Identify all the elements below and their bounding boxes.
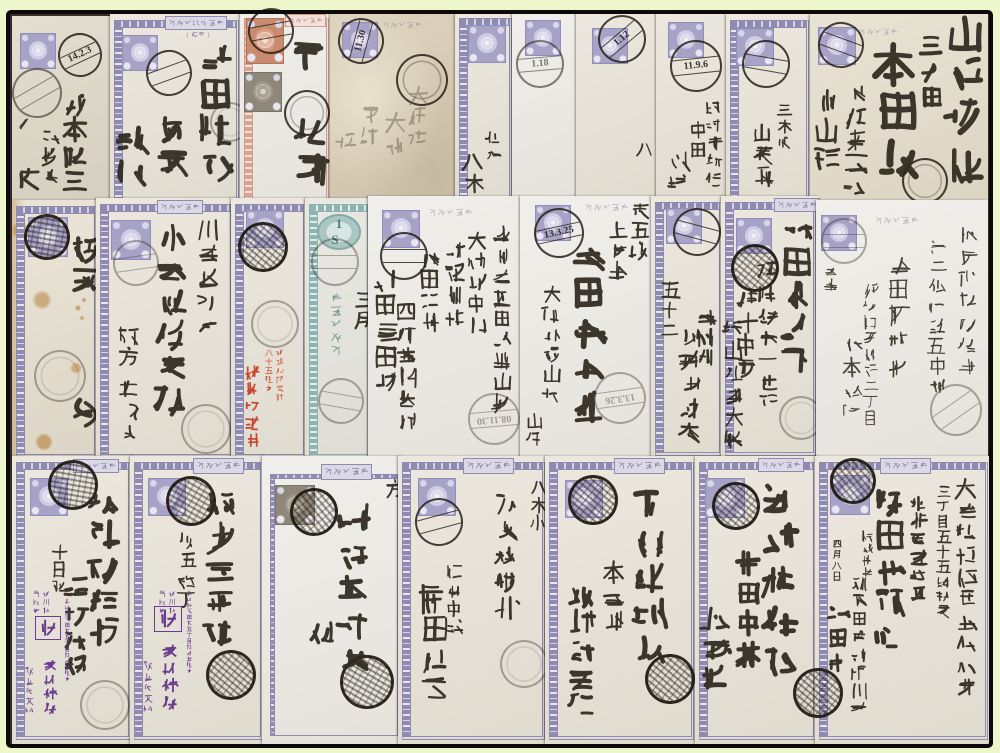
postmark [34,350,86,402]
ink-strokes [761,461,801,469]
ink-strokes [777,201,817,209]
handwritten-address: 今より [116,378,140,444]
handwritten-address: 若松 [483,128,503,164]
handwritten-address: 坂本寿吉 [840,334,864,422]
ink-strokes [568,236,610,426]
handwritten-address: 比波田郡宮古川北 [849,574,869,718]
handwritten-address: 老方 [116,324,140,368]
postmark [3,59,71,127]
printed-card-header: 郵便はかき [858,28,898,36]
postmark [712,482,760,530]
ink-strokes [466,230,489,335]
postcard: 14.2.3 松本道三 千葉郡 て 島 [12,16,112,206]
ink-strokes [634,140,654,158]
ink-strokes [909,494,929,602]
ink-strokes [112,124,149,192]
printed-card-header: 郵便はかき [617,461,662,471]
ink-strokes [540,284,562,404]
handwritten-address: 縣 [288,36,328,72]
handwritten-address: 河原次郎殿 [677,324,703,444]
ink-strokes [874,216,919,226]
handwritten-address: 拝啓 [822,262,840,294]
printed-sender-address: 八十五番地 [264,348,274,393]
ink-strokes [42,656,59,716]
postmark: 14.2.3 [51,26,109,84]
postcard: 郵便はかき 08.11.30 近江國坂田郡葉山村 大阪市中区 根原次郎 岡田徳丈… [368,196,522,460]
postmark-date: 11.9.6 [671,57,720,75]
handwritten-address: 岩田徳丈様 [884,250,913,380]
postmark [238,222,288,272]
ink-strokes [858,28,898,36]
ink-strokes [334,132,358,154]
handwritten-address: 根原次郎 [442,240,466,328]
postmark [793,668,843,718]
ink-strokes [64,598,71,682]
handwritten-address: 兵庫縣第一聯隊 [756,260,780,414]
handwritten-address: 第五区 [628,200,650,260]
ink-strokes [156,608,180,630]
ink-strokes [194,218,220,338]
ink-strokes [324,467,369,477]
handwritten-address: 北陸道 [701,602,734,692]
handwritten-address: 高橋太加様 [492,490,521,620]
ink-strokes [62,90,91,194]
ink-strokes [776,102,794,150]
ink-strokes [926,236,948,396]
ink-strokes [756,260,780,414]
ink-strokes [142,660,154,715]
postcard: 郵便往復はかき (通信)() 岩田國吉 斎藤 松治 [110,14,242,206]
ink-strokes [849,574,869,718]
printed-sender-name: 藤岡金作 [160,640,180,712]
handwritten-address: 岩田國吉 [196,40,236,184]
printed-card-header: 郵便はかき [160,203,200,211]
ink-strokes [306,616,339,646]
handwritten-address: 静岡縣近衛歩兵 [956,224,980,378]
postmark [311,238,359,286]
handwritten-address: 兎郎 [290,112,334,192]
ink-strokes [160,203,200,211]
handwritten-address: 大阪市西區薩摩堀家町 [955,478,979,698]
ink-strokes [731,548,764,668]
ink-strokes [154,114,191,182]
ink-strokes [275,348,285,402]
handwritten-address: 宮腰太助様 [86,486,121,646]
postmark-date: 14.2.3 [60,41,101,68]
ink-strokes [567,580,598,720]
handwritten-address: て [16,114,36,132]
handwritten-address: 山白 [524,412,544,448]
postmark-date: 1.12 [601,20,643,58]
handwritten-address: 八 [634,140,654,158]
handwritten-address: 小松冨太郎様 [154,222,189,414]
ink-strokes [492,490,521,620]
ink-strokes [944,148,986,186]
ink-strokes [42,590,51,614]
postcard: 横倉町 河原次郎殿 五十二 [651,196,725,460]
ink-strokes [490,224,513,413]
handwritten-address: 岡田徳丈殿 [568,236,610,426]
handwritten-address: 本田様 [870,42,921,180]
postmark [821,218,867,264]
handwritten-address: 上等兵 [608,220,630,280]
postcard: 郵便はかき 宮腰太助様 方 行 [262,456,402,744]
ink-strokes [862,282,880,426]
handwritten-address: 大阪市中区 [466,230,489,335]
handwritten-address: 松本道三 [62,90,91,194]
handwritten-address: 七條太助様 [629,488,669,668]
handwritten-address: 朝 [944,148,986,186]
handwritten-address: 有田武田茂 [372,266,401,396]
handwritten-address: 宇治郡伊勢 [842,80,868,200]
ink-strokes [955,478,979,698]
ink-strokes [382,21,422,29]
printed-card-label: 郵便はかき [329,292,343,357]
svg-text:(: ( [187,32,189,39]
postcard: 三木子 山形県 [726,14,812,206]
handwritten-address: 岡田徳丈 [418,246,442,334]
printed-sender-name: 藤岡金作 [42,656,59,716]
ink-strokes [461,150,485,194]
handwritten-address: 三木子 [776,102,794,150]
ink-strokes [86,486,121,646]
handwritten-address: 前田清 [823,602,849,674]
handwritten-address: 村田白泉 [416,584,449,704]
ink-strokes [288,36,328,72]
ink-strokes [243,364,262,449]
printed-card-header: 郵便はかき [761,461,801,469]
ink-strokes [160,640,180,712]
ink-strokes [334,504,371,674]
ink-strokes [196,461,241,471]
postcard: 郵便はかき 宮腰太助様 十日町 以庄平様 新川市 菓茶屋 直 福岡市黒田町五丁目… [12,456,134,744]
ink-strokes [442,240,466,328]
postcard: 郵便はかき 高橋太加様 八木小 北野中宮 村田白泉 [398,456,548,744]
ink-strokes [264,348,274,393]
postcard: 郵便はかき 七條太助様 本吉郡 宮城縣登米 [545,456,697,744]
handwritten-address: 鹿児島縣 [861,530,874,578]
postage-stamp [468,25,506,63]
postcard: 郵便はかき 岡田徳丈様 兵庫縣第一聯隊 第十中隊 岡山市西大寺 [721,196,819,460]
printed-card-subheader: (通信)() [184,31,212,38]
handwritten-address: 柴田中村 [731,548,764,668]
printed-card-header: 郵便はかき [584,203,629,213]
postmark [251,300,299,348]
postcard: 郵便はかき 山邊郡 朝 三ヶ田 本田様 宇治郡伊勢 東山町 [810,14,988,206]
postcard: 若松 八木 [455,12,515,206]
ink-strokes [372,266,401,396]
ink-strokes [956,224,980,378]
postmark [568,475,618,525]
postmark [500,640,548,688]
ink-strokes [16,114,36,132]
handwritten-address: 大阪 [384,112,408,156]
ink-strokes [884,250,913,380]
ink-strokes [935,484,952,619]
handwritten-address: 島 [14,164,45,192]
printed-sender-address: 福岡市黒田町五丁目東部九番地 [186,590,193,674]
ink-strokes [186,590,193,674]
printed-sender-mark: 直 [37,618,59,638]
handwritten-address: 第二聯隊第五中隊 [926,236,948,396]
ink-strokes [524,412,544,448]
ink-strokes [870,42,921,180]
ink-strokes [617,461,662,471]
ink-strokes [861,530,874,578]
handwritten-address: 河原 [666,150,690,194]
ink-strokes [831,538,843,582]
printed-card-header: 郵便はかき [874,216,919,226]
printed-card-header: 郵便はかき [428,208,473,218]
postcard: 郵便はかき 川岸屋ニテ 小松冨太郎様 老方 今より [96,198,236,462]
handwritten-address: 大字新井山郷 [540,284,562,404]
ink-strokes [721,318,745,450]
postcard: 郵便はかき 静岡縣近衛歩兵 第二聯隊第五中隊 岩田徳丈様 静岡市安西町二丁目 坂… [816,200,988,462]
printed-sender-name: 石橋亭太郎 [243,364,262,449]
ink-strokes [466,461,511,471]
handwritten-address: 松治 [112,124,149,192]
printed-sender-phone: 電話ラ子之 [142,660,154,715]
postcard: 郵便はかき 11.30 大阪市 大阪 西村 官 [330,12,458,206]
postcard: 1.12 八 [576,12,658,206]
handwritten-address: 川岸屋ニテ [194,218,220,338]
ink-strokes [842,80,868,200]
ink-strokes [406,86,428,146]
handwritten-address: 五十二 [659,280,681,340]
ink-strokes: () [184,31,212,38]
handwritten-address: 東山町 [812,86,845,176]
ink-strokes [584,203,629,213]
handwritten-address: 近江國坂田郡葉山村 [490,224,513,413]
ink-strokes [483,128,503,164]
ink-strokes [628,200,650,260]
handwritten-address: 八木 [461,150,485,194]
postage-stamp [244,72,282,112]
handwritten-address: 西村 [358,102,382,146]
handwritten-date: 四月八日 [831,538,843,582]
ink-strokes [942,14,986,134]
handwritten-address: 岡山市西大寺 [721,318,745,450]
ink-strokes [116,324,140,368]
handwritten-address: 斎藤 [154,114,191,182]
printed-card-header: 郵便はかき [777,201,817,209]
handwritten-address: 静岡市安西町二丁目 [862,282,880,426]
ink-strokes [779,214,814,374]
handwritten-address: 岡田徳丈殿 [871,484,908,654]
ink-strokes [666,150,690,194]
ink-strokes [822,262,840,294]
ink-strokes [14,164,45,192]
postcard-collage-photo: 14.2.3 松本道三 千葉郡 て 島 郵便往復はかき (通信)() 岩田國吉 … [0,0,1000,753]
ink-strokes [329,292,343,357]
ink-strokes [290,112,334,192]
postcard: 郵便はかき 縣 兎郎 [240,12,332,206]
postcard: 千代 ト [12,200,100,462]
ink-strokes [418,246,442,334]
handwritten-address: 宮腰太助様 [334,504,371,674]
postcard: 郵便はかき 大阪市西區薩摩堀家町 三丁目五十五番屋敷 伊東兵吉様内 岡田徳丈殿 … [815,456,991,744]
ink-strokes [32,590,41,614]
ink-strokes [677,324,703,444]
postcard: 1 S 郵便はかき 三月 [305,198,373,462]
ink-strokes [154,222,189,414]
postmark [812,16,871,75]
handwritten-address: 山邊郡 [942,14,986,134]
postcard: 11.9.6 金沢市長町 中田 河原 [656,12,728,206]
ink-strokes [840,334,864,422]
printed-card-header: 郵便はかき [196,461,241,471]
ink-strokes [629,488,669,668]
postcard: 郵便はかき 宮腰太助様 戸五百丁 新川市 菓茶屋 直 福岡市黒田町五丁目東部九番… [130,456,266,744]
postmark [80,680,130,730]
ink-strokes [823,602,849,674]
printed-card-header: 郵便往復はかき [168,19,224,27]
printed-card-header: 郵便はかき [883,461,928,471]
printed-card-header: 郵便はかき [382,21,422,29]
printed-card-header: 郵便はかき [466,461,511,471]
handwritten-address: 宮腰太助様 [202,490,237,650]
printed-card-header: 郵便はかき [324,467,369,477]
postmark-date: 11.30 [350,19,372,63]
ink-strokes [659,280,681,340]
printed-sender-info: 菓茶屋 [32,590,41,614]
ink-strokes [116,378,140,444]
handwritten-address: 宮城縣登米 [567,580,598,720]
printed-sender-info: 新川市 [42,590,51,614]
handwritten-address: 三丁目五十五番屋敷 [935,484,952,619]
printed-card-header: 郵便はかき [288,17,323,24]
postcard: 郵便はかき 13.3.25 13.3.26 第五区 上等兵 岡田徳丈殿 大字新井… [520,196,652,460]
svg-text:): ) [207,32,209,39]
handwritten-address: 山形県 [750,122,774,188]
ink-strokes [601,560,627,632]
ink-strokes [37,618,59,638]
handwritten-address: 本吉郡 [601,560,627,632]
handwritten-address: 行 [306,616,339,646]
handwritten-address: 官 [334,132,358,154]
handwritten-address: 岡田徳丈様 [779,214,814,374]
ink-strokes [168,19,224,27]
printed-sender-address: 新潟県刈羽郡 [275,348,285,402]
ink-strokes [202,490,237,650]
printed-sender-address: 福岡市黒田町五丁目東部九番地 [64,598,71,682]
postcard: 1.18 [512,12,578,206]
ink-strokes [384,112,408,156]
ink-strokes [871,484,908,654]
handwritten-address: 大阪市 [406,86,428,146]
printed-sender-phone: 電話ラ子之 [24,666,35,716]
postage-stamp [20,33,56,69]
postmark [206,650,256,700]
ink-strokes [288,17,323,24]
ink-strokes [750,122,774,188]
ink-strokes [883,461,928,471]
ink-strokes [701,602,734,692]
ink-strokes [608,220,630,280]
postcard: 新潟県刈羽郡 八十五番地 石橋亭太郎 [231,198,309,462]
ink-strokes [428,208,473,218]
postmark-date: 1.18 [518,56,563,72]
handwritten-address: 伊東兵吉様内 [909,494,929,602]
ink-strokes [196,40,236,184]
ink-strokes [416,584,449,704]
printed-sender-mark: 直 [156,608,180,630]
ink-strokes [24,666,35,716]
ink-strokes [358,102,382,146]
ink-strokes [812,86,845,176]
